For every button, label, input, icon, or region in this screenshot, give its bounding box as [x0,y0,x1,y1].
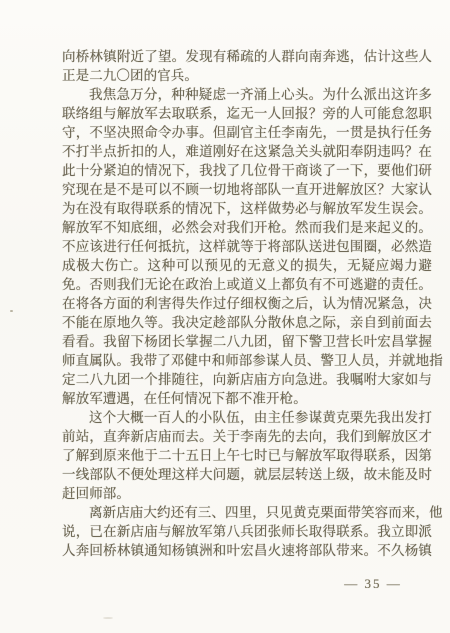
text-line: 说，已在新店庙与解放军第八兵团张师长取得联系。我立即派 [62,522,432,541]
text-line: 了解到原来他于二十五日上午七时已与解放军取得联系，因第 [62,446,432,465]
text-line: 前站，直奔新店庙而去。关于李南先的去向，我们到解放区才 [62,427,432,446]
scanned-book-page: 向桥林镇附近了望。发现有稀疏的人群向南奔逃，估计这些人 正是二九〇团的官兵。 我… [0,0,450,633]
text-line: 向桥林镇附近了望。发现有稀疏的人群向南奔逃，估计这些人 [62,47,432,66]
text-line: 联络组与解放军去取联系，迄无一人回报？旁的人可能怠忽职 [62,104,432,123]
text-line: 我焦急万分，种种疑虑一齐涌上心头。为什么派出这许多 [62,85,432,104]
text-line: 在将各方面的利害得失作过仔细权衡之后，认为情况紧急，决 [62,294,432,313]
page-number: — 35 — [338,576,408,592]
text-line: 此十分紧迫的情况下，我找了几位骨干商谈了一下，要他们研 [62,161,432,180]
text-line: 不打半点折扣的人，难道刚好在这紧急关头就阳奉阴违吗？在 [62,142,432,161]
scan-speck [103,617,113,619]
text-line: 赶回师部。 [62,484,432,503]
scan-speck [10,310,13,312]
text-line: 离新店庙大约还有三、四里，只见黄克栗面带笑容而来，他 [62,503,432,522]
text-line: 解放军遭遇，在任何情况下都不准开枪。 [62,389,432,408]
text-line: 免。否则我们无论在政治上或道义上都负有不可逃避的责任。 [62,275,432,294]
text-line: 人奔回桥林镇通知杨镇洲和叶宏昌火速将部队带来。不久杨镇 [62,541,432,560]
text-line: 师直属队。我带了邓健中和师部参谋人员、警卫人员，并就地指 [62,351,432,370]
text-line: 解放军不知底细，必然会对我们开枪。然而我们是来起义的。 [62,218,432,237]
text-line: 定二八九团一个排随往，向新店庙方向急进。我嘱咐大家如与 [62,370,432,389]
text-line: 看看。我留下杨团长掌握二八九团，留下警卫营长叶宏昌掌握 [62,332,432,351]
text-line: 不应该进行任何抵抗，这样就等于将部队送进包围圈，必然造 [62,237,432,256]
text-line: 正是二九〇团的官兵。 [62,66,432,85]
text-line: 成极大伤亡。这种可以预见的无意义的损失，无疑应竭力避 [62,256,432,275]
page-text: 向桥林镇附近了望。发现有稀疏的人群向南奔逃，估计这些人 正是二九〇团的官兵。 我… [62,47,432,560]
text-line: 为在没有取得联系的情况下，这样做势必与解放军发生误会。 [62,199,432,218]
text-line: 一线部队不便处理这样大问题，就层层转送上级，故未能及时 [62,465,432,484]
text-line: 这个大概一百人的小队伍，由主任参谋黄克栗先我出发打 [62,408,432,427]
text-line: 究现在是不是可以不顾一切地将部队一直开进解放区？大家认 [62,180,432,199]
text-line: 不能在原地久等。我决定趁部队分散休息之际，亲自到前面去 [62,313,432,332]
text-line: 守，不坚决照命令办事。但副官主任李南先，一贯是执行任务 [62,123,432,142]
